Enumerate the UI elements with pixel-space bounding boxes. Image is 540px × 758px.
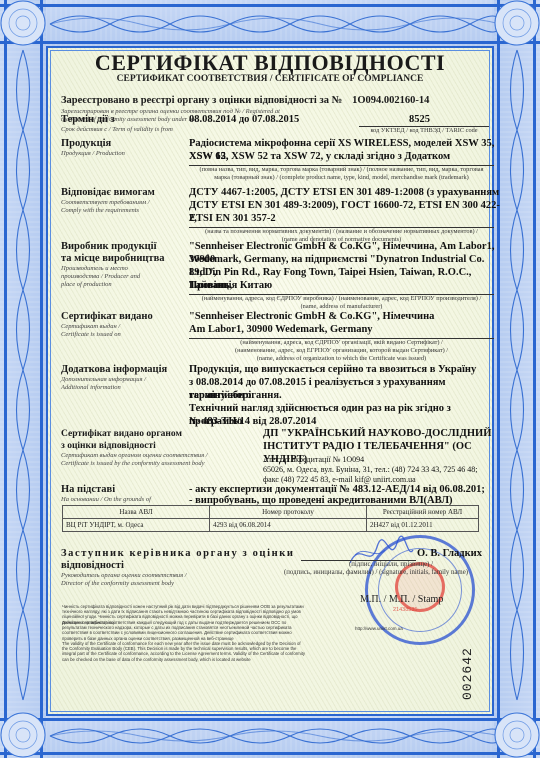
stamp-label: М.П. / М.П. / Stamp xyxy=(360,594,443,605)
table-cell: 2Н427 від 01.12.2011 xyxy=(367,519,479,532)
certificate-title: СЕРТИФІКАТ ВІДПОВІДНОСТІ xyxy=(0,50,540,76)
fine-print-en: The validity of the Certificate of confo… xyxy=(62,641,307,662)
table-header: Номер протоколу xyxy=(210,506,367,519)
additional-info-row: Додаткова інформація Дополнительная инфо… xyxy=(61,364,501,430)
signatory-title-translation-2: Director of the conformity assessment bo… xyxy=(61,580,501,588)
issued-to-hint-line3: (name, address of organization to which … xyxy=(189,355,494,363)
product-hint-line2: марка (товарный знак) / (complete produc… xyxy=(189,174,494,182)
product-value-line2: XSW 12, XSW 52 та XSW 72, у складі згідн… xyxy=(189,151,450,164)
registry-number: 1О094.002160-14 xyxy=(352,95,429,106)
table-header-row: Назва АВЛ Номер протоколу Реєстраційний … xyxy=(63,506,479,519)
issuer-row: Сертифікат видано органом з оцінки відпо… xyxy=(61,428,501,488)
avl-table: Назва АВЛ Номер протоколу Реєстраційний … xyxy=(62,505,479,532)
producer-hint-line2: (name, address of manufacturer) xyxy=(189,303,494,311)
requirements-value-line3: ETSI EN 301 357-2 xyxy=(189,213,276,226)
product-hint-line1: (повна назва, тип, вид, марка, торгова м… xyxy=(189,166,494,174)
signature-hint-line2: (подпись, инициалы, фамилия) / (signatur… xyxy=(261,569,491,577)
producer-row: Виробник продукції та місце виробництва … xyxy=(61,241,501,303)
product-row: Продукція Продукция / Production Радіоси… xyxy=(61,138,501,188)
fine-print-ru: Действие сертификата соответствия каждый… xyxy=(62,620,307,641)
producer-hint-line1: (найменування, адреса, код ЄДРПОУ виробн… xyxy=(189,295,494,303)
issuer-name-line1: ДП "УКРАЇНСЬКИЙ НАУКОВО-ДОСЛІДНИЙ xyxy=(263,428,491,441)
issued-to-value-line2: Am Labor1, 30900 Wedemark, Germany xyxy=(189,324,373,337)
signatory-name: О. В. Гладких xyxy=(417,548,482,561)
product-code-label: код УКТЗЕД / код ТНВЭД / ТАRIC code xyxy=(359,127,489,135)
additional-info-line1: Продукція, що випускається серійно та вв… xyxy=(189,364,476,377)
table-header: Назва АВЛ xyxy=(63,506,210,519)
producer-value-line4: Провінція Китаю xyxy=(189,280,272,293)
requirements-row: Відповідає вимогам Соответствует требова… xyxy=(61,187,501,247)
certificate-subtitle: СЕРТИФИКАТ СООТВЕТСТВИЯ / CERTIFICATE OF… xyxy=(0,74,540,84)
validity-row: Термін дії з Срок действия с / Term of v… xyxy=(61,114,501,136)
serial-number: 002642 xyxy=(460,647,475,700)
product-code: 8525 xyxy=(409,114,430,127)
certificate-page: СЕРТИФІКАТ ВІДПОВІДНОСТІ СЕРТИФИКАТ СООТ… xyxy=(0,0,540,758)
issuer-address: 65026, м. Одеса, вул. Буніна, 31, тел.: … xyxy=(263,465,477,475)
requirements-value-line1: ДСТУ 4467-1:2005, ДСТУ ETSI EN 301 489-1… xyxy=(189,187,499,200)
issued-to-hint-line2: (наименование, адрес, код ЕГРПОУ организ… xyxy=(189,347,494,355)
signature-row: Заступник керівника органу з оцінки відп… xyxy=(61,548,501,588)
additional-info-line5: № 483-ТН/14 від 28.07.2014 xyxy=(189,416,316,429)
fine-print-website: http://www.uniirt.com.ua xyxy=(355,626,403,631)
table-header: Реєстраційний номер АВЛ xyxy=(367,506,479,519)
table-cell: 4293 від 06.08.2014 xyxy=(210,519,367,532)
issued-to-row: Сертифікат видано Сертификат выдан / Cer… xyxy=(61,311,501,361)
requirements-hint-line1: (назва та позначення нормативних докумен… xyxy=(189,228,494,236)
additional-info-line3: терміну зберігання. xyxy=(189,390,282,403)
validity-dates: 08.08.2014 до 07.08.2015 xyxy=(189,114,299,127)
registry-label: Зареєстровано в реєстрі органу з оцінки … xyxy=(61,95,342,106)
issued-to-value-line1: "Sennheiser Electronic GmbH & Co.KG", Ні… xyxy=(189,311,434,324)
issued-to-hint-line1: (найменування, адреса, код ЄДРПОУ органі… xyxy=(189,339,494,347)
table-row: ВЦ РіТ УНДІРТ, м. Одеса 4293 від 06.08.2… xyxy=(63,519,479,532)
stamp-number: 21438535 xyxy=(393,607,417,613)
issuer-accreditation: Атестат акредитації № 1О094 xyxy=(263,455,364,465)
table-cell: ВЦ РіТ УНДІРТ, м. Одеса xyxy=(63,519,210,532)
signature-hint-line1: (підпис, ініціали, прізвище) / xyxy=(301,561,481,569)
grounds-row: На підставі На основании / On the ground… xyxy=(61,484,501,506)
